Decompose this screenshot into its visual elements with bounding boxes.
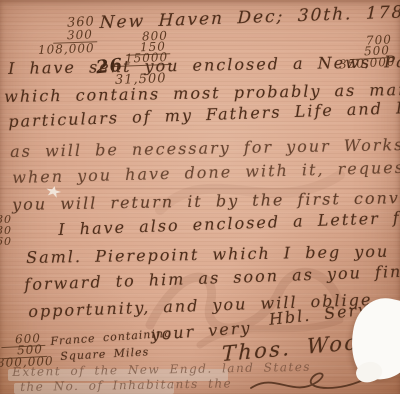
dateline: New Haven Dec; 30th. 1783 —: [99, 1, 400, 33]
footer-faint-line-2: the No. of Inhabitants the: [20, 376, 232, 394]
calc-top-left-row-3: 108,000: [38, 41, 95, 57]
margin-number-3: 60: [0, 235, 12, 248]
manuscript-letter-photo: New Haven Dec; 30th. 1783 — 360 300 108,…: [0, 0, 400, 394]
margin-note-square-miles: Square Miles: [60, 345, 150, 363]
